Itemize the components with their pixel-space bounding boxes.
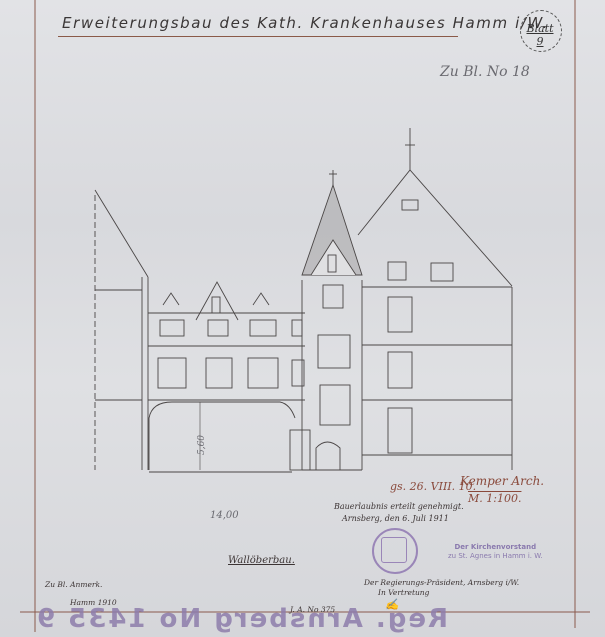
bottom-left-note-line1: Zu Bl. Anmerk.: [45, 580, 102, 589]
approval-note-line1: Bauerlaubnis erteilt genehmigt.: [334, 502, 464, 511]
width-dimension: 14,00: [210, 510, 239, 521]
church-stamp-line2: zu St. Agnes in Hamm i. W.: [448, 552, 543, 561]
architect-signature: Kemper Arch.: [460, 474, 544, 488]
government-note-line2: In Vertretung: [378, 588, 429, 597]
seal-emblem: [381, 537, 407, 563]
height-dimension: 5,60: [197, 435, 207, 455]
church-council-stamp: Der Kirchenvorstand zu St. Agnes in Hamm…: [448, 543, 543, 561]
government-note-line1: Der Regierungs-Präsident, Arnsberg i/W.: [364, 578, 519, 587]
church-stamp-line1: Der Kirchenvorstand: [448, 543, 543, 552]
section-label: Wallöberbau.: [228, 555, 295, 566]
approval-note-line2: Arnsberg, den 6. Juli 1911: [342, 514, 449, 523]
building-elevation-drawing: [0, 0, 605, 637]
drawing-scale: M. 1:100.: [468, 492, 521, 505]
registration-stamp: Reg. Arnsberg No 1435 9: [35, 604, 448, 634]
architectural-drawing-sheet: Erweiterungsbau des Kath. Krankenhauses …: [0, 0, 605, 637]
